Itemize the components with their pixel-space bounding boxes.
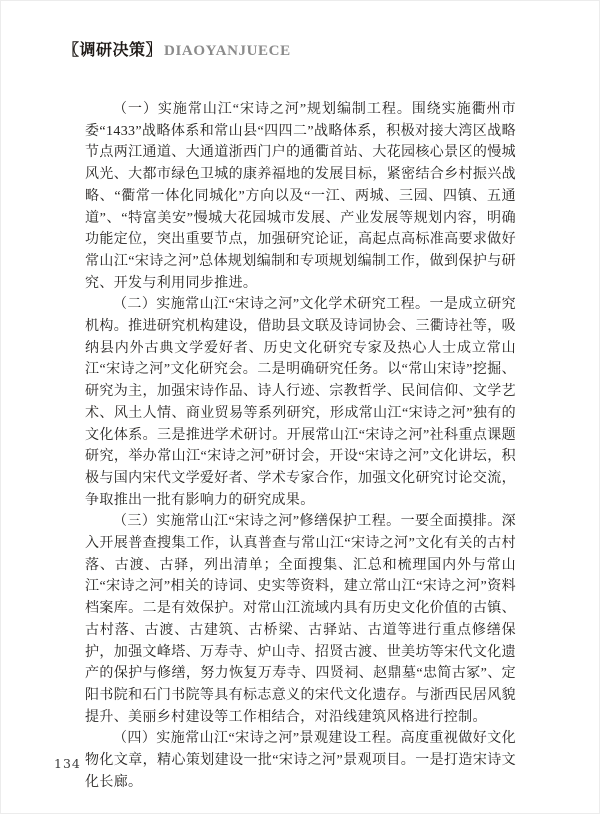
journal-section-title-chinese: 〖调研决策〗: [63, 42, 162, 59]
paragraph-3-restoration-protection-project: （三）实施常山江“宋诗之河”修缮保护工程。一要全面摸排。深入开展普查搜集工作，认…: [85, 511, 516, 728]
page-header: 〖调研决策〗DIAOYANJUECE: [63, 42, 291, 60]
article-body: （一）实施常山江“宋诗之河”规划编制工程。围绕实施衢州市委“1433”战略体系和…: [85, 99, 516, 794]
paragraph-1-planning-project: （一）实施常山江“宋诗之河”规划编制工程。围绕实施衢州市委“1433”战略体系和…: [85, 99, 516, 294]
journal-section-title-pinyin: DIAOYANJUECE: [164, 43, 291, 59]
page-footer: 134: [54, 755, 81, 773]
document-page: 〖调研决策〗DIAOYANJUECE （一）实施常山江“宋诗之河”规划编制工程。…: [0, 0, 600, 814]
scanned-document-page: { "header": { "title_cn": "〖调研决策〗", "tit…: [0, 0, 600, 814]
paragraph-4-landscape-construction-project: （四）实施常山江“宋诗之河”景观建设工程。高度重视做好文化物化文章，精心策划建设…: [85, 728, 516, 793]
paragraph-2-academic-research-project: （二）实施常山江“宋诗之河”文化学术研究工程。一是成立研究机构。推进研究机构建设…: [85, 294, 516, 511]
page-number: 134: [54, 756, 81, 771]
